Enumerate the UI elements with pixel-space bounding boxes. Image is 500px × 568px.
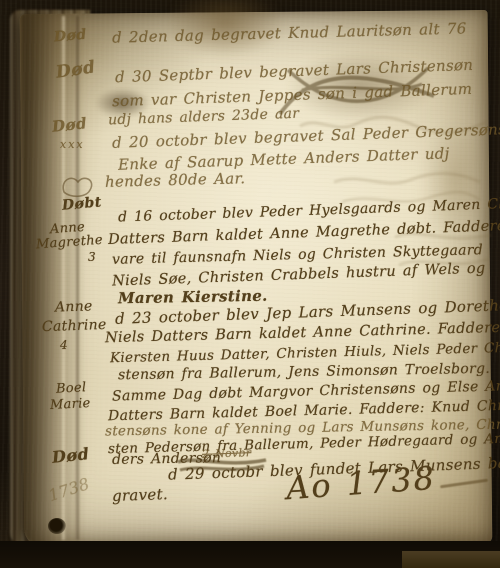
entry-line: gravet.: [112, 485, 169, 505]
margin-child-name: Boel: [56, 380, 87, 397]
margin-child-name: Anne: [55, 298, 93, 315]
margin-label: Død: [51, 444, 90, 467]
margin-label: Død: [53, 27, 87, 46]
margin-child-name: Cathrine: [42, 317, 107, 335]
entry-line: hendes 80de Aar.: [105, 169, 246, 191]
ink-blot: [48, 518, 66, 534]
photo-bottom-step: [402, 551, 500, 568]
margin-label: Død: [51, 114, 88, 136]
entry-crossed-date: 2 Novbr: [202, 446, 252, 461]
margin-count: 4: [60, 338, 68, 352]
margin-child-name: Marie: [50, 396, 91, 413]
manuscript-photo: Død Død Død xxx Døbt Anne Magrethe 3 Ann…: [0, 0, 500, 568]
margin-count: 3: [88, 250, 96, 264]
margin-tally-marks: xxx: [60, 138, 85, 151]
entry-line: Maren Kierstine.: [118, 287, 268, 308]
